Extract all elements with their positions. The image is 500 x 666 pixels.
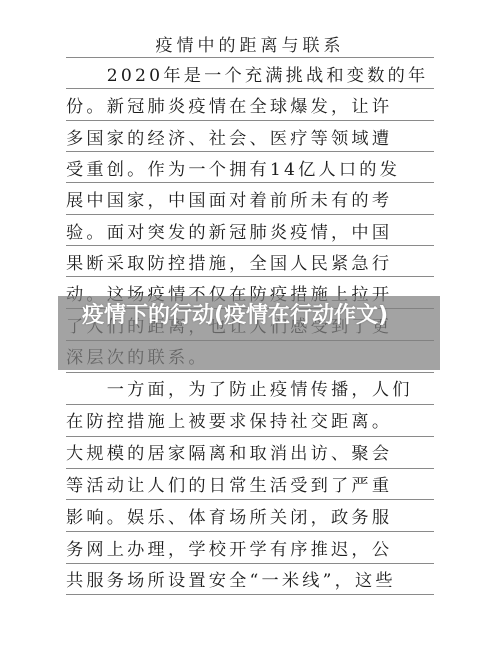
ruled-line [66,276,434,277]
essay-line: 展中国家，中国面对着前所未有的考 [66,189,434,213]
ruled-line [66,531,434,532]
essay-line: 受重创。作为一个拥有14亿人口的发 [66,158,434,182]
overlay-title: 疫情下的行动(疫情在行动作文) [70,300,400,332]
ruled-line [66,563,434,564]
ruled-line [66,468,434,469]
ruled-line [66,436,434,437]
ruled-line [66,404,434,405]
essay-line: 务网上办理，学校开学有序推迟，公 [66,538,434,562]
essay-line: 共服务场所设置安全“一米线”，这些 [66,569,434,593]
ruled-line [66,372,434,373]
ruled-line [66,120,434,121]
ruled-line [66,88,434,89]
essay-line: 等活动让人们的日常生活受到了严重 [66,474,434,498]
ruled-line [66,57,434,58]
essay-line: 一方面，为了防止疫情传播，人们 [66,378,434,402]
essay-line: 份。新冠肺炎疫情在全球爆发，让许 [66,95,434,119]
ruled-line [66,594,434,595]
essay-line: 2020年是一个充满挑战和变数的年 [66,64,434,88]
essay-line: 多国家的经济、社会、医疗等领域遭 [66,127,434,151]
ruled-line [66,214,434,215]
essay-line: 在防控措施上被要求保持社交距离。 [66,410,434,434]
essay-title: 疫情中的距离与联系 [66,34,434,58]
ruled-line [66,245,434,246]
essay-line: 果断采取防控措施，全国人民紧急行 [66,252,434,276]
essay-line: 影响。娱乐、体育场所关闭，政务服 [66,506,434,530]
ruled-line [66,151,434,152]
essay-line: 验。面对突发的新冠肺炎疫情，中国 [66,221,434,245]
essay-line: 大规模的居家隔离和取消出访、聚会 [66,442,434,466]
ruled-line [66,499,434,500]
ruled-line [66,182,434,183]
